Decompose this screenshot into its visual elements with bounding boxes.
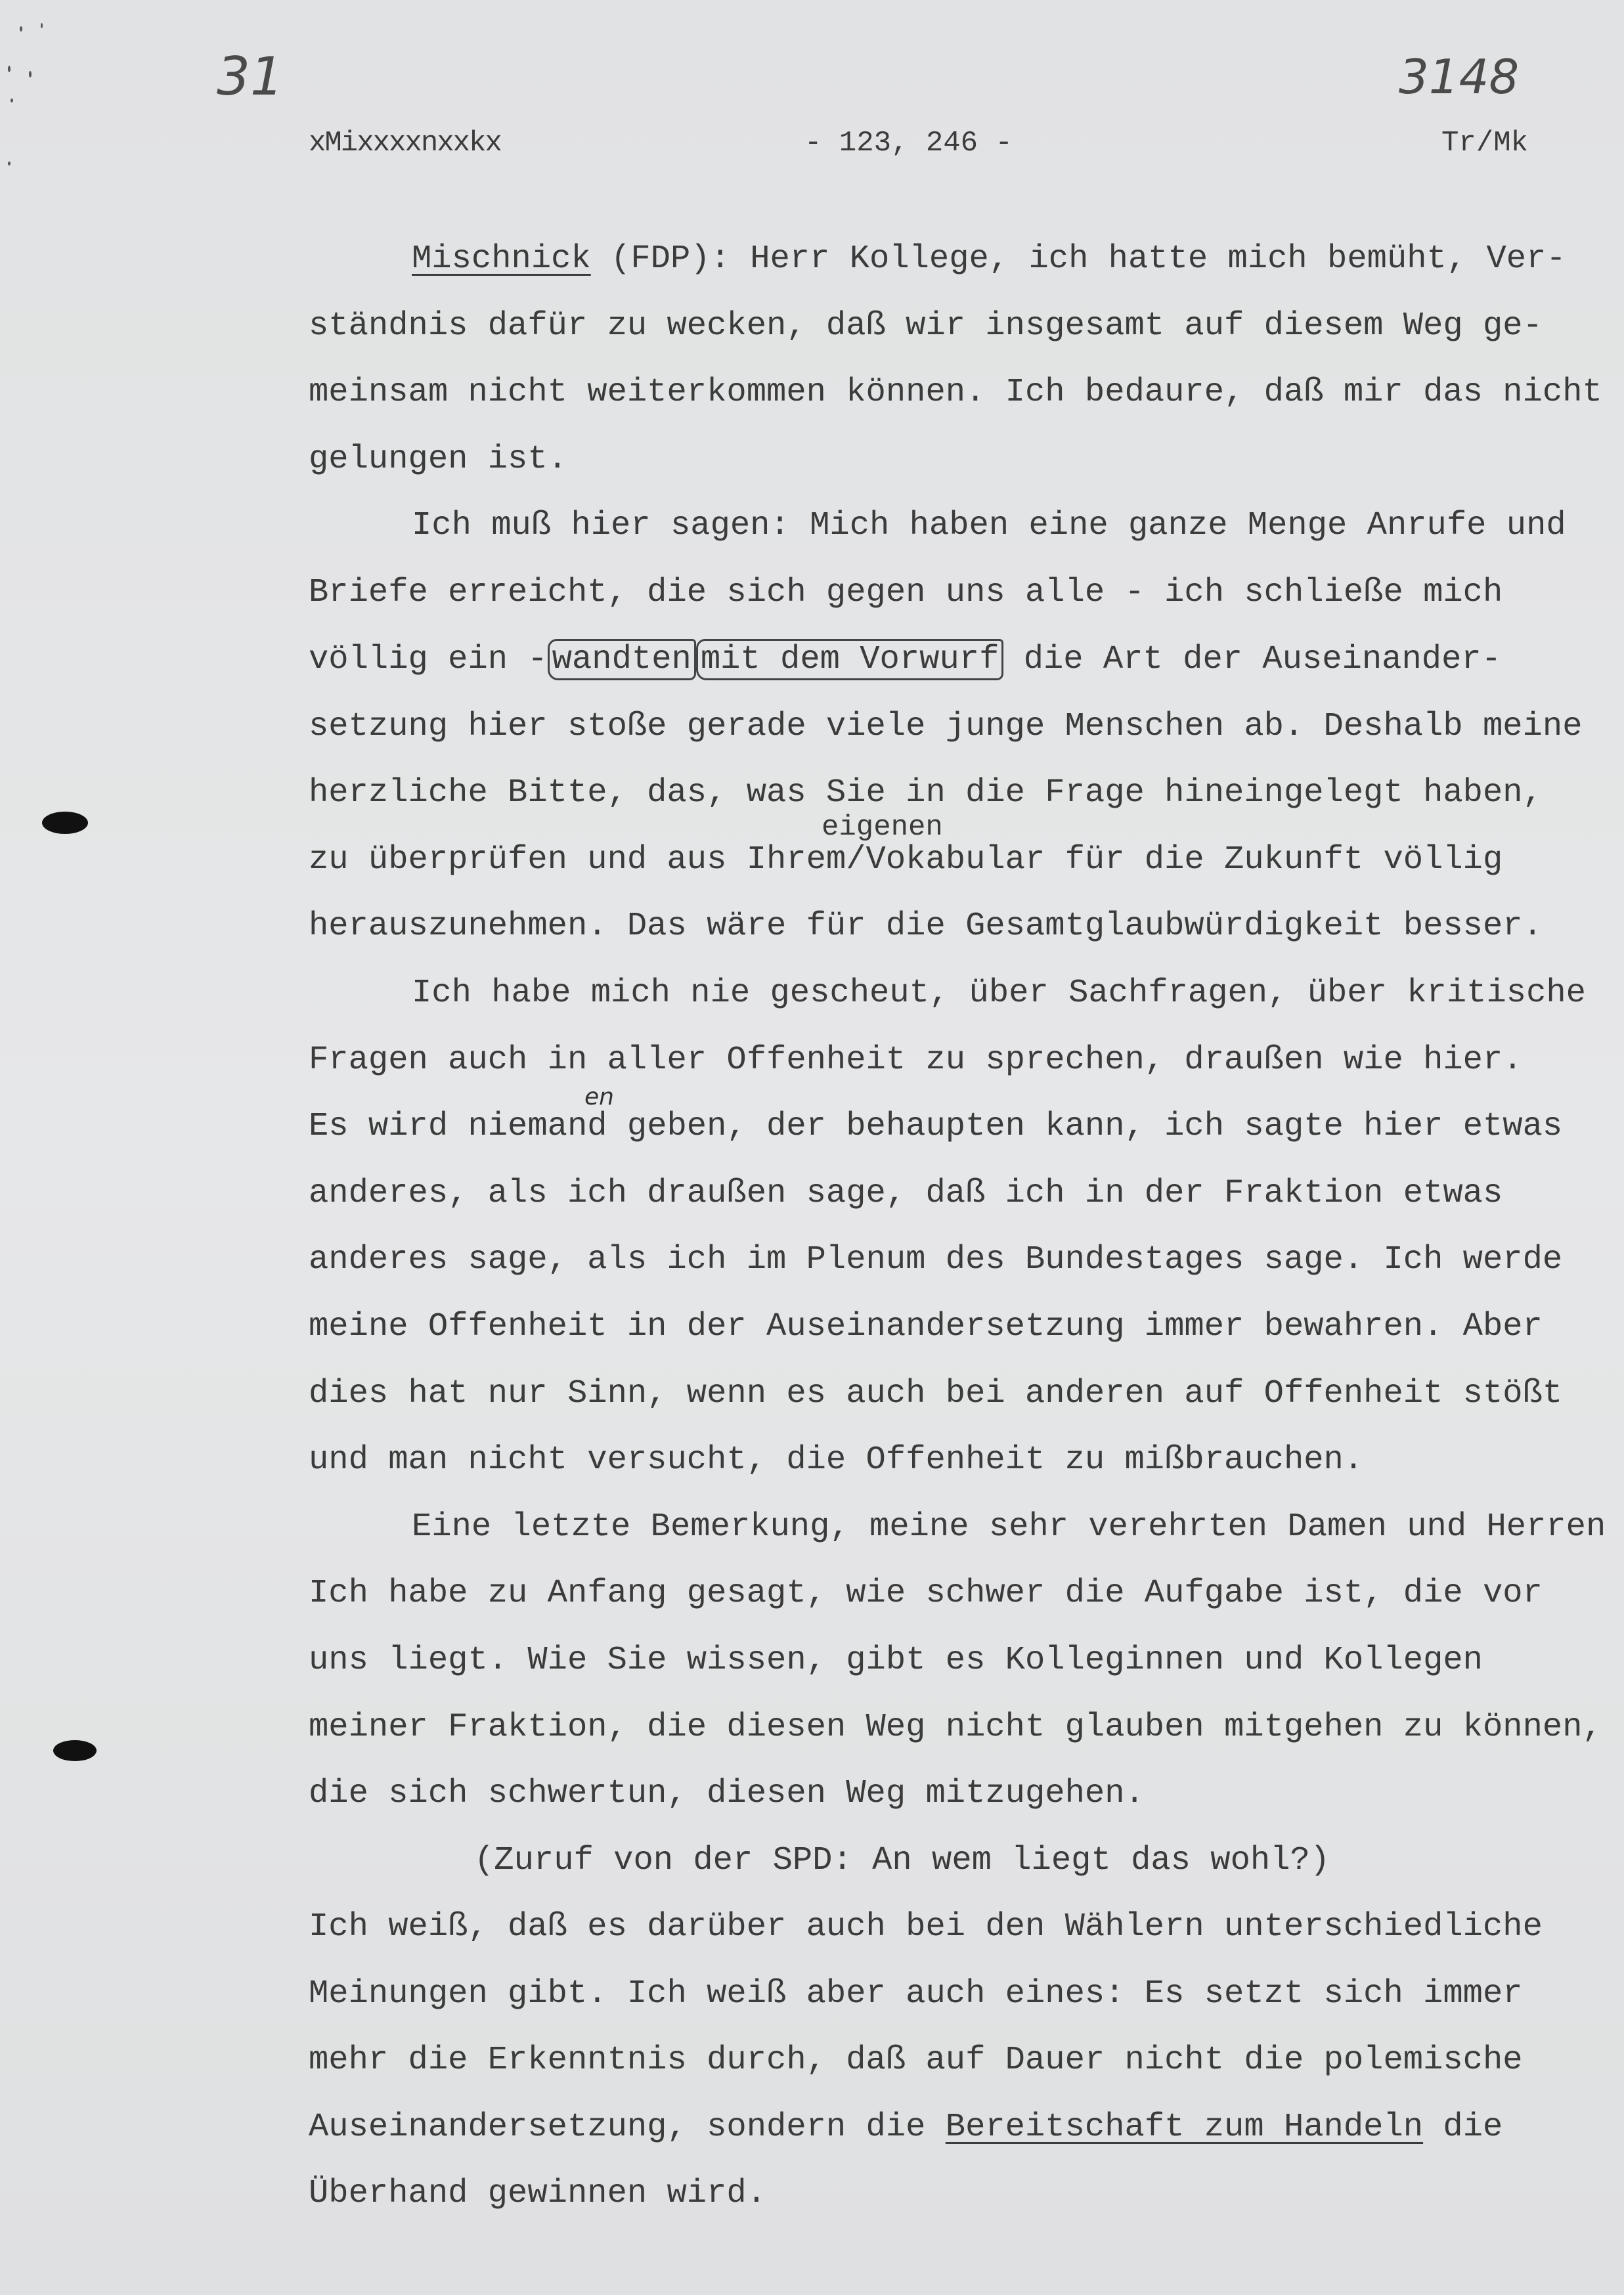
header-struck-name: xMixxxxnxxkx — [309, 127, 501, 160]
speck — [41, 23, 43, 28]
handwritten-page-number-left: 31 — [217, 46, 284, 107]
speaker-name: Mischnick — [412, 240, 591, 278]
header-initials: Tr/Mk — [1441, 127, 1528, 160]
line-text: geben, der behaupten kann, ich sagte hie… — [607, 1108, 1563, 1145]
text-line: die sich schwertun, diesen Weg mitzugehe… — [309, 1778, 1145, 1811]
speck — [8, 162, 11, 165]
text-line: herzliche Bitte, das, was Sie in die Fra… — [309, 777, 1543, 810]
text-line: Ich muß hier sagen: Mich haben eine ganz… — [412, 510, 1566, 543]
text-line: Ich habe zu Anfang gesagt, wie schwer di… — [309, 1577, 1543, 1611]
text-line: Mischnick (FDP): Herr Kollege, ich hatte… — [412, 243, 1566, 276]
text-line: Überhand gewinnen wird. — [309, 2177, 766, 2211]
text-line: Es wird niemand geben, der behaupten kan… — [309, 1110, 1562, 1144]
text-line: setzung hier stoße gerade viele junge Me… — [309, 710, 1583, 744]
line-text: (FDP): Herr Kollege, ich hatte mich bemü… — [591, 240, 1566, 278]
punch-hole-top — [42, 812, 88, 834]
text-line: anderes, als ich draußen sage, daß ich i… — [309, 1177, 1503, 1211]
text-line: Ich habe mich nie gescheut, über Sachfra… — [412, 977, 1586, 1011]
text-line: uns liegt. Wie Sie wissen, gibt es Kolle… — [309, 1644, 1483, 1678]
line-text: völlig ein - — [309, 641, 548, 678]
header-page-number: - 123, 246 - — [804, 127, 1013, 160]
line-text: die — [1423, 2109, 1503, 2146]
document-page: 31 3148 xMixxxxnxxkx - 123, 246 - Tr/Mk … — [0, 0, 1624, 2295]
underlined-phrase: Bereitschaft zum Handeln — [946, 2109, 1423, 2146]
text-line: und man nicht versucht, die Offenheit zu… — [309, 1444, 1363, 1477]
text-line: dies hat nur Sinn, wenn es auch bei ande… — [309, 1378, 1562, 1411]
speck — [11, 98, 13, 102]
speck — [29, 71, 32, 77]
text-line: völlig ein -wandtenmit dem Vorwurf die A… — [309, 644, 1501, 677]
line-text: Es wird niemand — [309, 1108, 607, 1145]
line-text: Auseinandersetzung, sondern die — [309, 2109, 946, 2146]
text-line: Briefe erreicht, die sich gegen uns alle… — [309, 577, 1503, 610]
handwritten-correction: en — [584, 1083, 614, 1110]
text-line: ständnis dafür zu wecken, daß wir insges… — [309, 310, 1543, 343]
text-line: meinsam nicht weiterkommen können. Ich b… — [309, 376, 1602, 410]
text-line: Eine letzte Bemerkung, meine sehr verehr… — [412, 1511, 1606, 1544]
text-line: Ich weiß, daß es darüber auch bei den Wä… — [309, 1911, 1543, 1944]
typed-insertion: eigenen — [822, 813, 943, 842]
text-line: gelungen ist. — [309, 443, 567, 477]
speck — [8, 66, 11, 72]
text-line: Fragen auch in aller Offenheit zu sprech… — [309, 1044, 1523, 1078]
speck — [20, 26, 22, 32]
line-text: die Art der Auseinander- — [1003, 641, 1501, 678]
text-line: meine Offenheit in der Auseinandersetzun… — [309, 1311, 1543, 1344]
circled-phrase: mit dem Vorwurf — [696, 639, 1004, 680]
text-line: Meinungen gibt. Ich weiß aber auch eines… — [309, 1978, 1523, 2011]
text-line: mehr die Erkenntnis durch, daß auf Dauer… — [309, 2044, 1523, 2078]
text-line: herauszunehmen. Das wäre für die Gesamtg… — [309, 910, 1543, 944]
text-line: anderes sage, als ich im Plenum des Bund… — [309, 1244, 1562, 1277]
handwritten-page-number-right: 3148 — [1399, 49, 1519, 104]
interjection: (Zuruf von der SPD: An wem liegt das woh… — [474, 1845, 1330, 1878]
text-line: Auseinandersetzung, sondern die Bereitsc… — [309, 2111, 1503, 2145]
punch-hole-bottom — [53, 1740, 97, 1761]
text-line: zu überprüfen und aus Ihrem/Vokabular fü… — [309, 844, 1503, 877]
text-line: meiner Fraktion, die diesen Weg nicht gl… — [309, 1711, 1602, 1745]
circled-word: wandten — [548, 639, 696, 680]
